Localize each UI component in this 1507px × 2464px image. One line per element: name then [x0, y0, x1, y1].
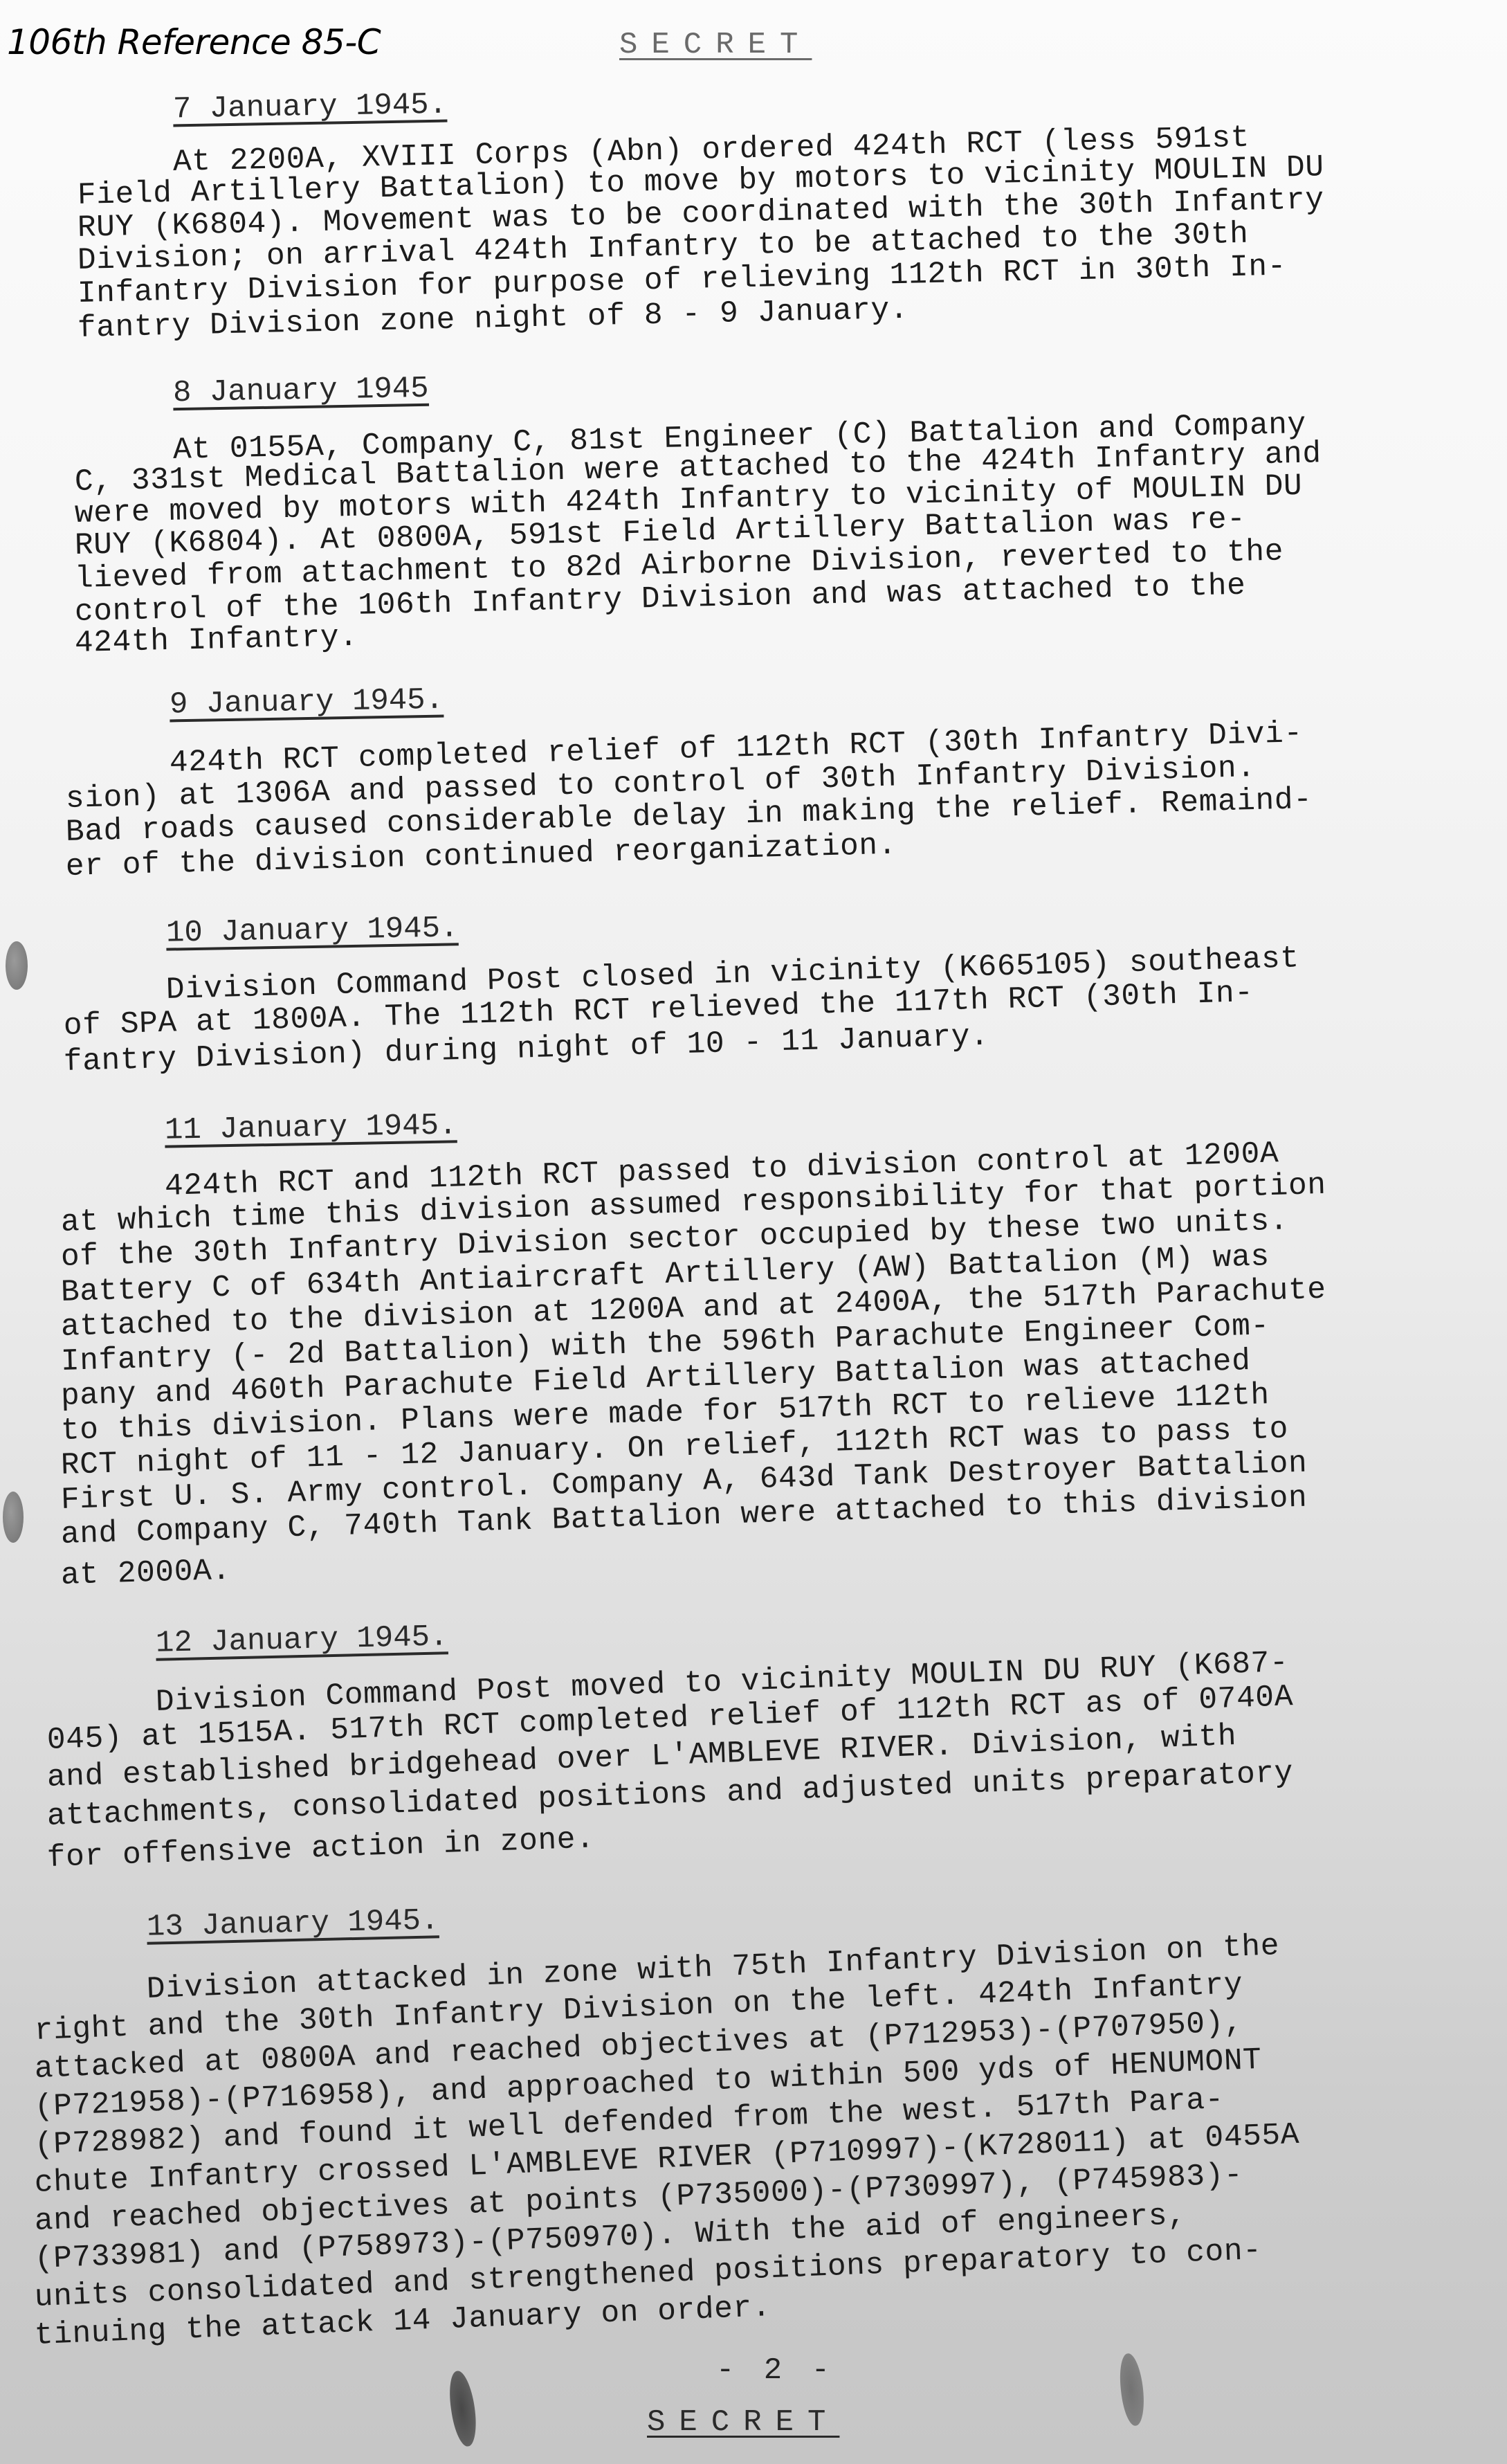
- entry-date-heading: 8 January 1945: [173, 372, 429, 410]
- entry-date-heading: 7 January 1945.: [173, 88, 448, 127]
- classification-footer: SECRET: [647, 2405, 839, 2440]
- entry-text-line: at 2000A.: [60, 1554, 231, 1593]
- punch-hole-decoration: [6, 941, 28, 990]
- entry-date-heading: 11 January 1945.: [165, 1108, 457, 1148]
- classification-header: SECRET: [619, 28, 812, 62]
- entry-date-heading: 12 January 1945.: [155, 1620, 448, 1661]
- punch-hole-decoration: [3, 1492, 24, 1543]
- entry-text-line: 424th Infantry.: [74, 620, 358, 661]
- entry-date-heading: 13 January 1945.: [146, 1903, 439, 1945]
- document-reference-label: 106th Reference 85-C: [7, 22, 381, 62]
- stain-decoration: [446, 2369, 480, 2448]
- stain-decoration: [1117, 2353, 1147, 2427]
- entry-date-heading: 9 January 1945.: [170, 683, 444, 723]
- entry-date-heading: 10 January 1945.: [166, 911, 459, 950]
- page-number: - 2 -: [716, 2353, 835, 2388]
